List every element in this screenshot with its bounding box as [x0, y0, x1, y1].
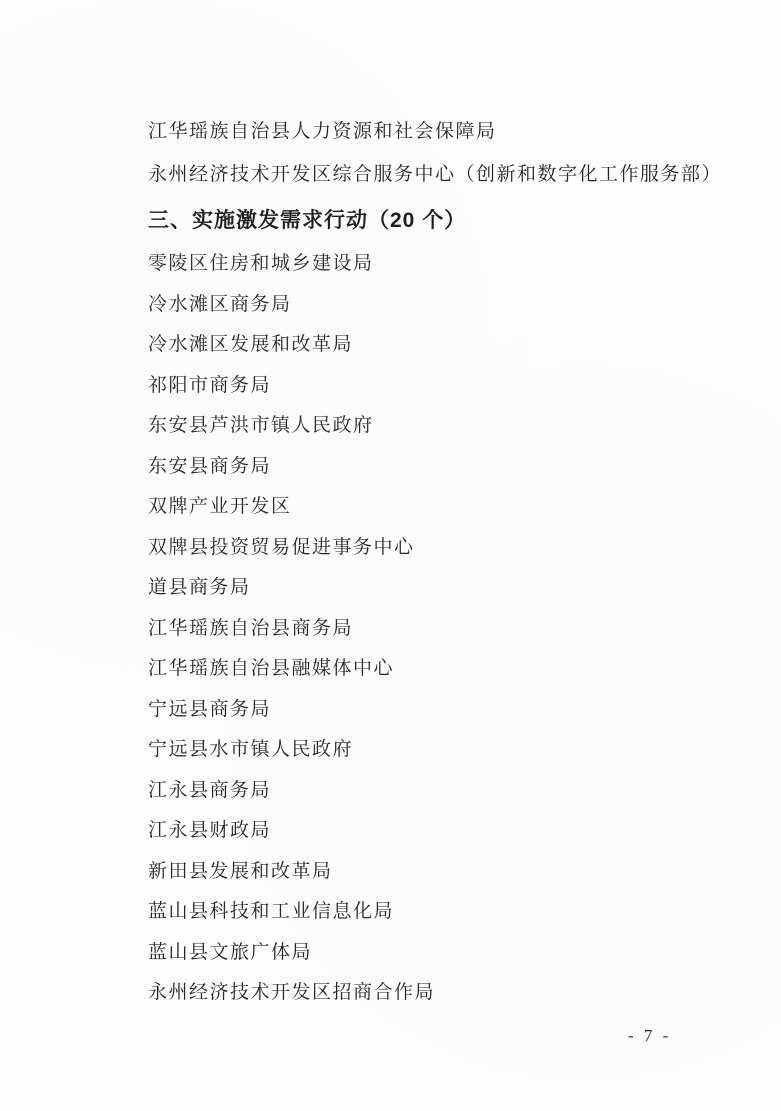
- org-list-item: 江永县财政局: [148, 811, 721, 852]
- org-list-item: 永州经济技术开发区招商合作局: [148, 973, 721, 1014]
- org-list-item: 祁阳市商务局: [148, 366, 721, 407]
- org-list-item: 零陵区住房和城乡建设局: [148, 244, 721, 285]
- org-list-item: 双牌产业开发区: [148, 487, 721, 528]
- org-list-item: 宁远县水市镇人民政府: [148, 730, 721, 771]
- org-list: 零陵区住房和城乡建设局冷水滩区商务局冷水滩区发展和改革局祁阳市商务局东安县芦洪市…: [148, 244, 721, 1014]
- org-list-item: 冷水滩区发展和改革局: [148, 325, 721, 366]
- page-number: - 7 -: [628, 1026, 671, 1046]
- org-list-item: 蓝山县科技和工业信息化局: [148, 892, 721, 933]
- org-line: 永州经济技术开发区综合服务中心（创新和数字化工作服务部）: [148, 153, 721, 196]
- intro-org-lines: 江华瑶族自治县人力资源和社会保障局永州经济技术开发区综合服务中心（创新和数字化工…: [148, 110, 721, 196]
- org-list-item: 东安县商务局: [148, 447, 721, 488]
- org-list-item: 江永县商务局: [148, 771, 721, 812]
- org-list-item: 蓝山县文旅广体局: [148, 933, 721, 974]
- org-list-item: 东安县芦洪市镇人民政府: [148, 406, 721, 447]
- org-line: 江华瑶族自治县人力资源和社会保障局: [148, 110, 721, 153]
- org-list-item: 宁远县商务局: [148, 690, 721, 731]
- document-page: 江华瑶族自治县人力资源和社会保障局永州经济技术开发区综合服务中心（创新和数字化工…: [0, 0, 781, 1111]
- org-list-item: 冷水滩区商务局: [148, 285, 721, 326]
- org-list-item: 道县商务局: [148, 568, 721, 609]
- org-list-item: 双牌县投资贸易促进事务中心: [148, 528, 721, 569]
- org-list-item: 新田县发展和改革局: [148, 852, 721, 893]
- section-heading: 三、实施激发需求行动（20 个）: [148, 199, 721, 243]
- org-list-item: 江华瑶族自治县融媒体中心: [148, 649, 721, 690]
- org-list-item: 江华瑶族自治县商务局: [148, 609, 721, 650]
